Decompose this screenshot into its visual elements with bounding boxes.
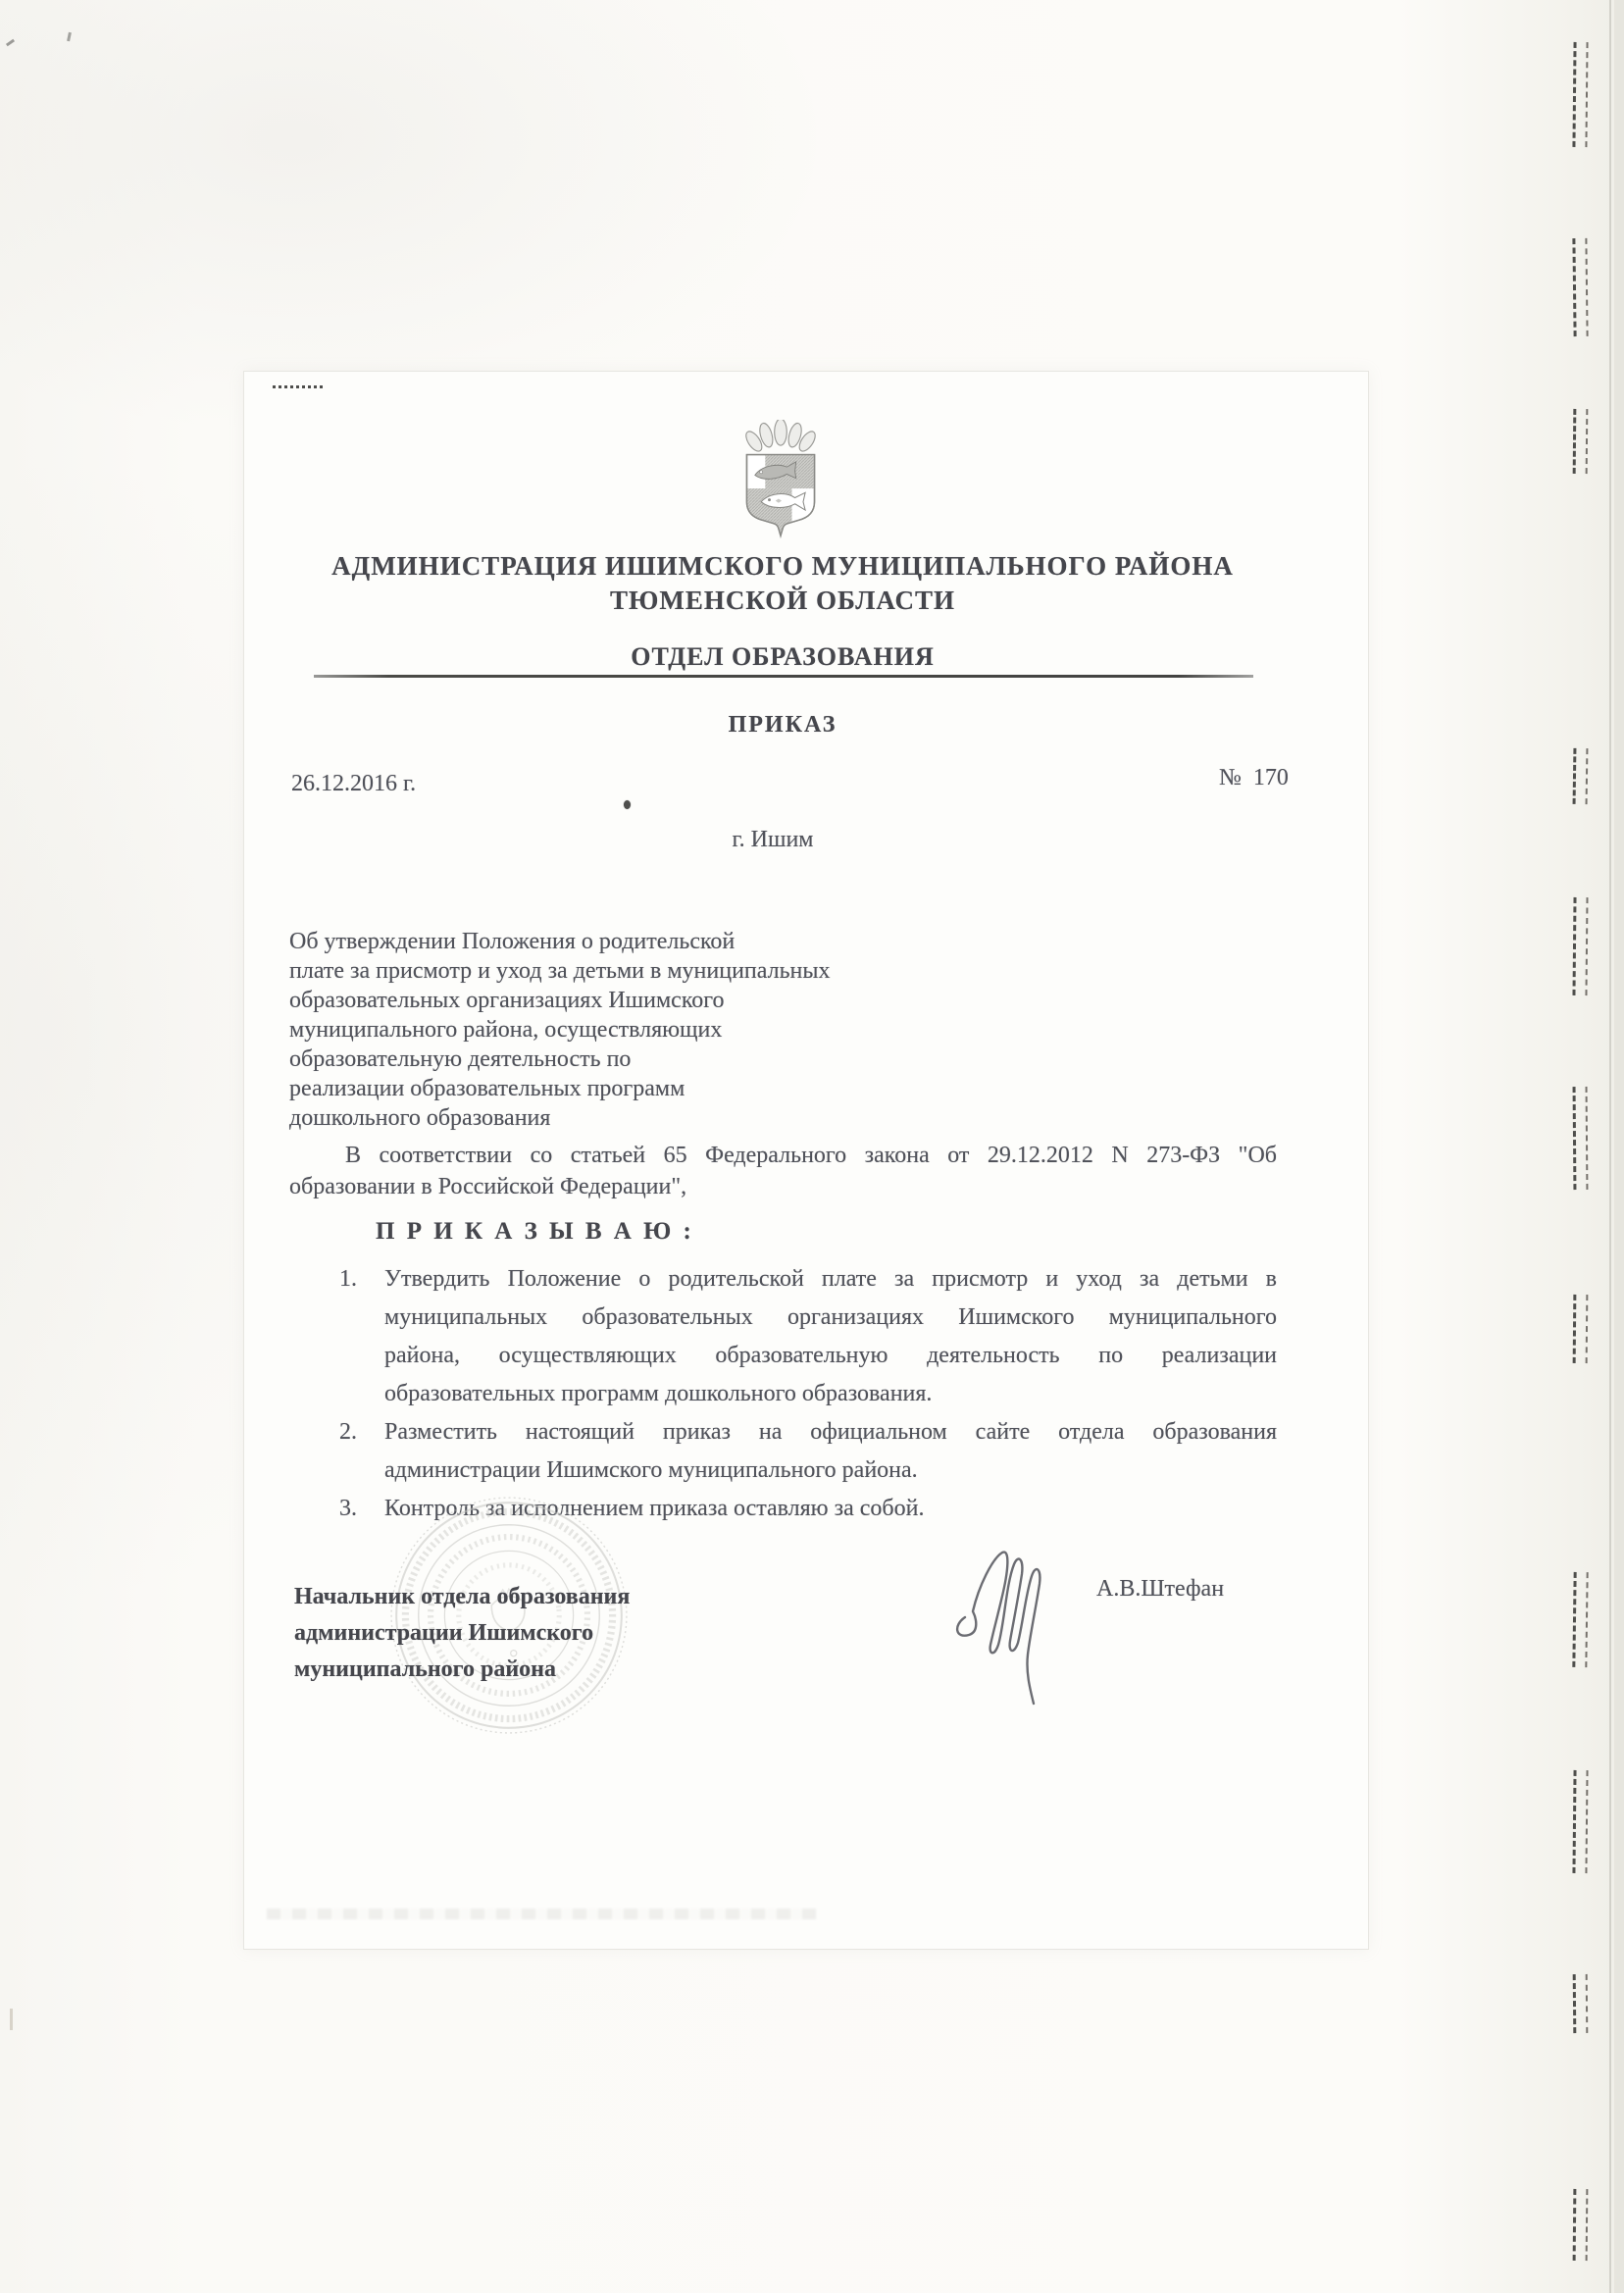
- document-type: ПРИКАЗ: [243, 712, 1322, 739]
- intro-line: В соответствии со статьей 65 Федеральног…: [289, 1140, 1277, 1171]
- item-line: муниципальных образовательных организаци…: [384, 1299, 1277, 1337]
- signer-position-line: администрации Ишимского: [294, 1615, 706, 1652]
- scan-binding-mark: [1573, 1087, 1589, 1190]
- scan-speck: [67, 32, 72, 41]
- subject-line: муниципального района, осуществляющих: [289, 1015, 878, 1045]
- org-name-line1: АДМИНИСТРАЦИЯ ИШИМСКОГО МУНИЦИПАЛЬНОГО Р…: [243, 551, 1322, 582]
- subject-line: дошкольного образования: [289, 1103, 878, 1133]
- order-number: № 170: [1219, 765, 1289, 791]
- scan-binding-mark: [1573, 2189, 1589, 2261]
- department-title: ОТДЕЛ ОБРАЗОВАНИЯ: [243, 642, 1322, 672]
- order-word: П Р И К А З Ы В А Ю :: [376, 1218, 694, 1246]
- signature-scribble-icon: [949, 1515, 1116, 1711]
- signer-position-line: Начальник отдела образования: [294, 1579, 706, 1615]
- item-line: района, осуществляющих образовательную д…: [384, 1337, 1277, 1375]
- coat-of-arms-icon: [722, 420, 839, 553]
- ink-dot: [624, 800, 631, 809]
- scan-binding-mark: [1573, 409, 1589, 474]
- scan-edge-strip: [1614, 0, 1624, 2293]
- item-text: Утвердить Положение о родительской плате…: [384, 1260, 1277, 1413]
- order-items: 1. Утвердить Положение о родительской пл…: [339, 1260, 1277, 1528]
- scan-binding-mark: [1572, 238, 1588, 336]
- subject-line: образовательную деятельность по: [289, 1045, 878, 1074]
- list-item: 2. Разместить настоящий приказ на официа…: [339, 1413, 1277, 1490]
- scan-speck: [10, 2009, 13, 2030]
- signer-position: Начальник отдела образования администрац…: [294, 1579, 706, 1688]
- subject-line: реализации образовательных программ: [289, 1074, 878, 1103]
- item-text: Разместить настоящий приказ на официальн…: [384, 1413, 1277, 1490]
- scanned-document: АДМИНИСТРАЦИЯ ИШИМСКОГО МУНИЦИПАЛЬНОГО Р…: [0, 0, 1624, 2293]
- list-item: 1. Утвердить Положение о родительской пл…: [339, 1260, 1277, 1413]
- scan-binding-mark: [1573, 748, 1589, 804]
- scan-binding-mark: [1572, 1572, 1588, 1667]
- header-divider: [314, 675, 1253, 678]
- order-date: 26.12.2016 г.: [291, 771, 416, 797]
- scan-binding-mark: [1572, 42, 1588, 147]
- subject-line: плате за присмотр и уход за детьми в мун…: [289, 956, 878, 986]
- item-line: Разместить настоящий приказ на официальн…: [384, 1413, 1277, 1452]
- item-number: 2.: [339, 1413, 384, 1490]
- scan-binding-mark: [1573, 1974, 1589, 2033]
- item-line: образовательных программ дошкольного обр…: [384, 1375, 1277, 1413]
- scan-edge-line: [1609, 0, 1611, 2293]
- scan-dash-artifact: [273, 385, 326, 388]
- intro-line: образовании в Российской Федерации",: [289, 1171, 1277, 1202]
- intro-paragraph: В соответствии со статьей 65 Федеральног…: [289, 1140, 1277, 1202]
- org-name-line2: ТЮМЕНСКОЙ ОБЛАСТИ: [243, 586, 1322, 616]
- scan-smudge: [267, 1909, 816, 1919]
- item-line: администрации Ишимского муниципального р…: [384, 1452, 1277, 1490]
- scan-binding-mark: [1572, 897, 1588, 995]
- subject-line: Об утверждении Положения о родительской: [289, 927, 878, 956]
- signer-position-line: муниципального района: [294, 1652, 706, 1688]
- scan-binding-mark: [1573, 1295, 1589, 1363]
- signer-name: А.В.Штефан: [1096, 1576, 1224, 1603]
- order-city: г. Ишим: [233, 827, 1312, 853]
- scan-speck: [6, 39, 15, 47]
- item-line: Утвердить Положение о родительской плате…: [384, 1260, 1277, 1299]
- item-number: 1.: [339, 1260, 384, 1413]
- subject-line: образовательных организациях Ишимского: [289, 986, 878, 1015]
- scan-binding-mark: [1572, 1770, 1588, 1873]
- order-subject: Об утверждении Положения о родительской …: [289, 927, 878, 1133]
